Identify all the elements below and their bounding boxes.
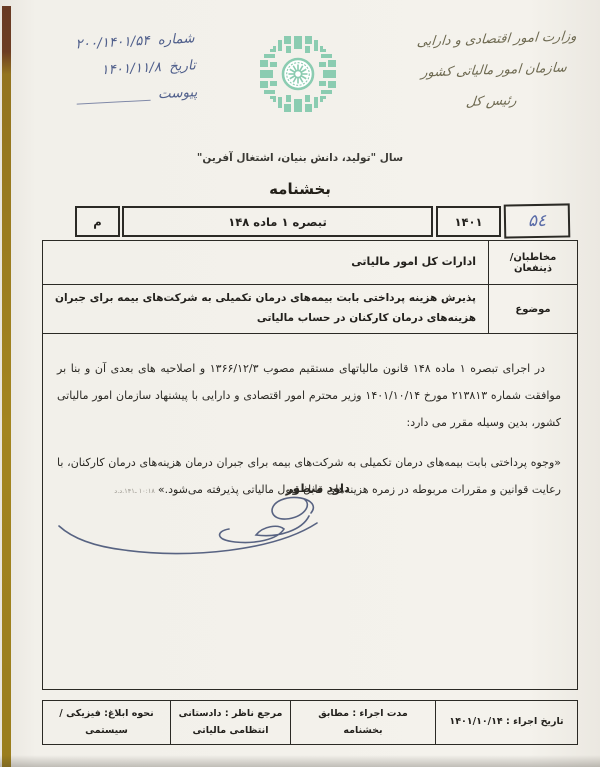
supervising-authority-cell: مرجع ناظر : دادستانی انتظامی مالیاتی (170, 701, 290, 744)
audience-value: ادارات کل امور مالیاتی (43, 241, 488, 284)
body-paragraph-1: در اجرای تبصره ۱ ماده ۱۴۸ قانون مالیاتها… (57, 355, 561, 436)
attachment-label: پیوست (157, 79, 198, 108)
audience-label: مخاطبان/ذینفعان (488, 241, 577, 284)
ref-number-value: ۲۰۰/۱۴۰۱/۵۴ (75, 28, 151, 59)
circular-body: در اجرای تبصره ۱ ماده ۱۴۸ قانون مالیاتها… (43, 334, 577, 505)
main-content-table: مخاطبان/ذینفعان ادارات کل امور مالیاتی م… (42, 240, 578, 690)
serial-number-cell: ۵٤ (504, 203, 571, 238)
subject-value: پذیرش هزینه پرداختی بابت بیمه‌های درمان … (43, 285, 488, 333)
circular-document-page: شماره ۲۰۰/۱۴۰۱/۵۴ تاریخ ۱۴۰۱/۱۱/۸ پیوست (0, 0, 600, 767)
year-slogan: سال "تولید، دانش بنیان، اشتغال آفرین" (0, 152, 600, 164)
handwritten-ref-block: شماره ۲۰۰/۱۴۰۱/۵۴ تاریخ ۱۴۰۱/۱۱/۸ پیوست (14, 25, 198, 115)
year-cell: ۱۴۰۱ (436, 206, 501, 237)
execution-date-cell: تاریخ اجراء : ۱۴۰۱/۱۰/۱۴ (435, 701, 577, 744)
page-bottom-shadow (0, 755, 600, 767)
ref-date-label: تاریخ (168, 52, 196, 80)
audience-row: مخاطبان/ذینفعان ادارات کل امور مالیاتی (43, 241, 577, 285)
document-type-title: بخشنامه (0, 180, 600, 198)
binder-edge-strip (2, 6, 11, 767)
tax-administration-logo-icon (256, 34, 340, 114)
legal-reference-cell: تبصره ۱ ماده ۱۴۸ (122, 206, 433, 237)
head-title: رئیس کل (398, 83, 585, 121)
notification-method-cell: نحوه ابلاغ: فیزیکی / سیستمی (43, 701, 170, 744)
subject-row: موضوع پذیرش هزینه پرداختی بابت بیمه‌های … (43, 285, 577, 334)
organization-name: سازمان امور مالیاتی کشور (401, 52, 588, 90)
footer-execution-table: تاریخ اجراء : ۱۴۰۱/۱۰/۱۴ مدت اجراء : مطا… (42, 700, 578, 745)
category-cell: م (75, 206, 120, 237)
letterhead-calligraphy: وزارت امور اقتصادی و دارایی سازمان امور … (398, 21, 590, 121)
ref-date-value: ۱۴۰۱/۱۱/۸ (101, 54, 162, 84)
attachment-blank-line (76, 90, 150, 104)
ref-number-label: شماره (157, 25, 195, 54)
signature-scribble-icon (49, 491, 349, 563)
subject-label: موضوع (488, 285, 577, 333)
execution-duration-cell: مدت اجراء : مطابق بخشنامه (290, 701, 435, 744)
